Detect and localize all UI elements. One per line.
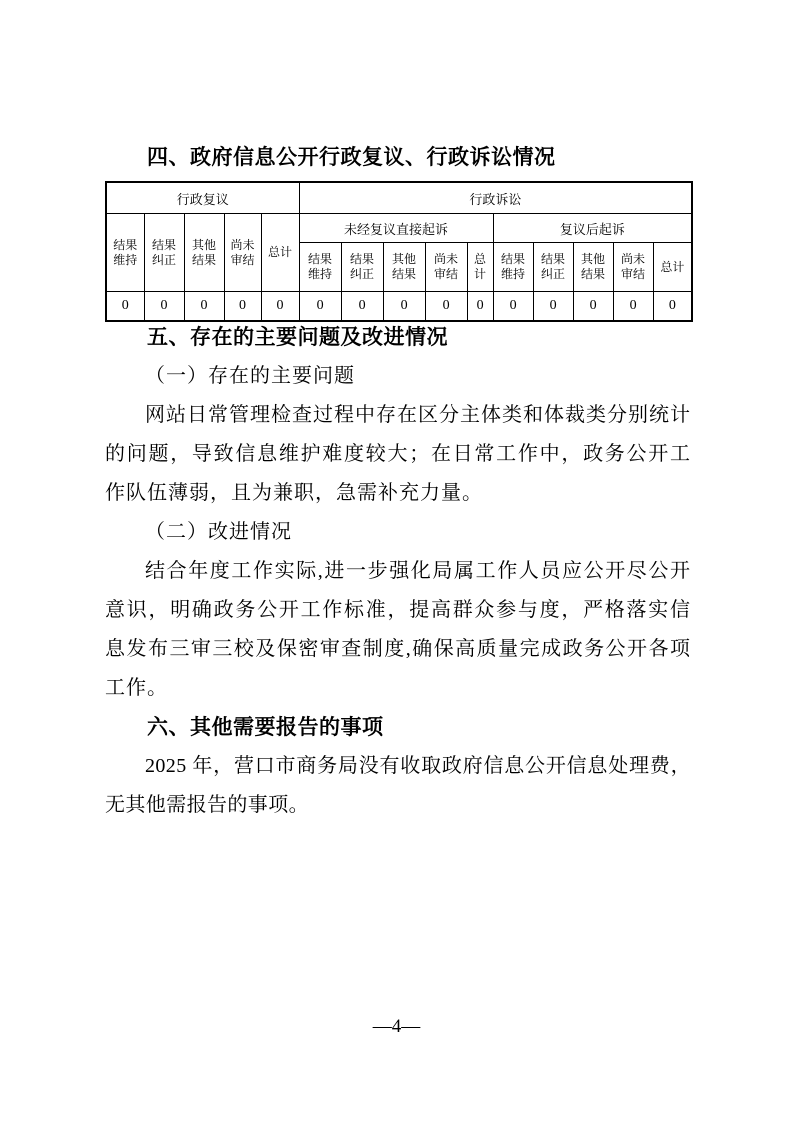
col-header: 结果纠正 xyxy=(533,243,573,292)
section5-sub2-title: （二）改进情况 xyxy=(105,513,691,552)
header-suit-after-reconsideration: 复议后起诉 xyxy=(493,214,692,243)
col-header: 结果纠正 xyxy=(341,243,383,292)
col-header: 其他结果 xyxy=(383,243,425,292)
col-header: 尚未审结 xyxy=(613,243,653,292)
value-cell: 0 xyxy=(425,292,467,322)
table-row: 结果维持 结果纠正 其他结果 尚未审结 总计 未经复议直接起诉 复议后起诉 xyxy=(106,214,692,243)
col-header: 结果维持 xyxy=(106,214,144,292)
col-header: 尚未审结 xyxy=(425,243,467,292)
value-cell: 0 xyxy=(341,292,383,322)
value-cell: 0 xyxy=(106,292,144,322)
table-row: 行政复议 行政诉讼 xyxy=(106,182,692,214)
value-cell: 0 xyxy=(299,292,341,322)
col-header: 结果维持 xyxy=(493,243,533,292)
section5-sub1-title: （一）存在的主要问题 xyxy=(105,357,691,396)
col-header: 其他结果 xyxy=(184,214,224,292)
value-cell: 0 xyxy=(533,292,573,322)
section6-paragraph: 2025 年，营口市商务局没有收取政府信息公开信息处理费，无其他需报告的事项。 xyxy=(105,747,691,825)
value-cell: 0 xyxy=(261,292,299,322)
header-reconsideration: 行政复议 xyxy=(106,182,299,214)
value-cell: 0 xyxy=(224,292,261,322)
col-header: 尚未审结 xyxy=(224,214,261,292)
value-cell: 0 xyxy=(613,292,653,322)
header-direct-suit: 未经复议直接起诉 xyxy=(299,214,493,243)
value-cell: 0 xyxy=(144,292,184,322)
section5-sub1-paragraph: 网站日常管理检查过程中存在区分主体类和体裁类分别统计的问题，导致信息维护难度较大… xyxy=(105,396,691,513)
section6-heading: 六、其他需要报告的事项 xyxy=(105,708,691,747)
col-header: 结果纠正 xyxy=(144,214,184,292)
section5-heading: 五、存在的主要问题及改进情况 xyxy=(105,318,691,357)
table-values-row: 0 0 0 0 0 0 0 0 0 0 0 0 0 0 0 xyxy=(106,292,692,322)
value-cell: 0 xyxy=(467,292,493,322)
col-header-total: 总计 xyxy=(261,214,299,292)
header-litigation: 行政诉讼 xyxy=(299,182,692,214)
col-header-total: 总计 xyxy=(653,243,692,292)
col-header: 结果维持 xyxy=(299,243,341,292)
section5-sub2-paragraph: 结合年度工作实际,进一步强化局属工作人员应公开尽公开意识，明确政务公开工作标准，… xyxy=(105,552,691,708)
body-text: 五、存在的主要问题及改进情况 （一）存在的主要问题 网站日常管理检查过程中存在区… xyxy=(105,318,691,825)
section4-heading: 四、政府信息公开行政复议、行政诉讼情况 xyxy=(105,143,691,173)
document-page: 四、政府信息公开行政复议、行政诉讼情况 行政复议 行政诉讼 结果维持 结果纠正 … xyxy=(0,0,793,1122)
page-number: —4— xyxy=(0,1016,793,1038)
col-header-total: 总计 xyxy=(467,243,493,292)
review-litigation-table: 行政复议 行政诉讼 结果维持 结果纠正 其他结果 尚未审结 总计 未经复议直接起… xyxy=(105,181,693,322)
value-cell: 0 xyxy=(184,292,224,322)
value-cell: 0 xyxy=(573,292,613,322)
value-cell: 0 xyxy=(383,292,425,322)
value-cell: 0 xyxy=(493,292,533,322)
value-cell: 0 xyxy=(653,292,692,322)
col-header: 其他结果 xyxy=(573,243,613,292)
